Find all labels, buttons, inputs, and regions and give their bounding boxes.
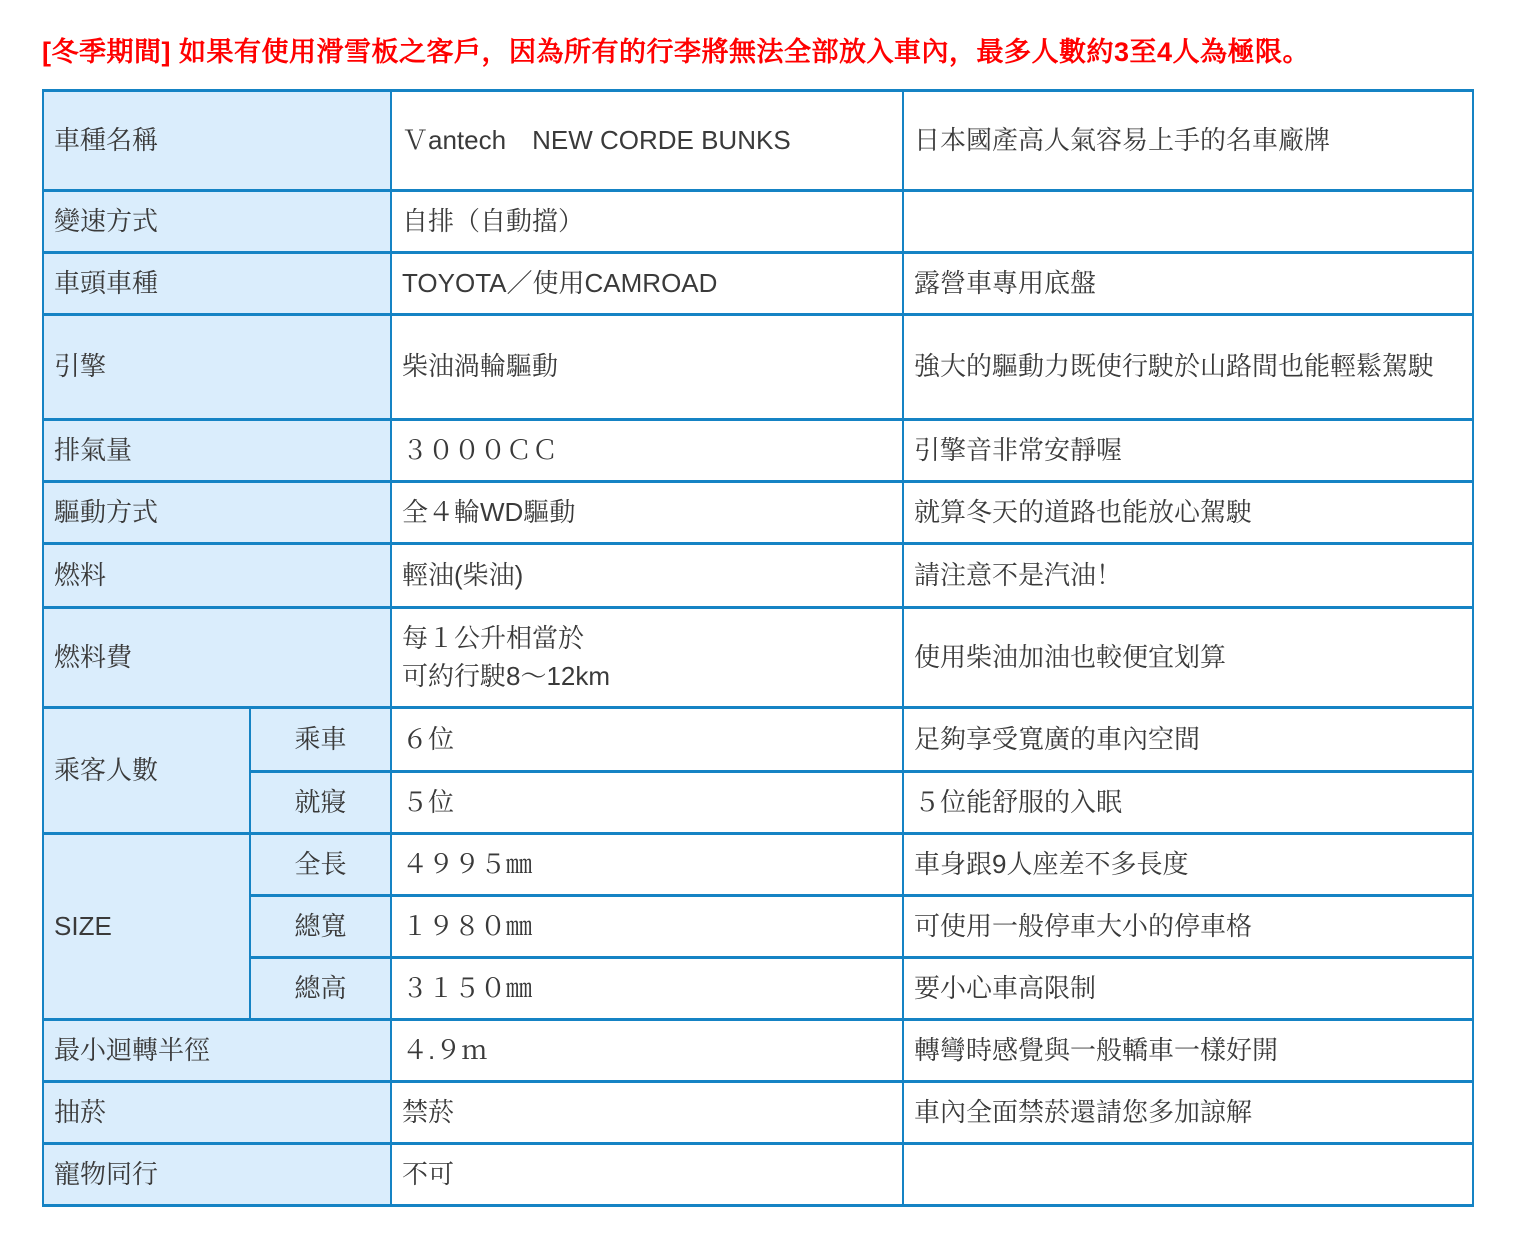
spec-sublabel: 就寢 (250, 772, 391, 834)
spec-row-size-height: 總高 ３１５０㎜ 要小心車高限制 (43, 958, 1473, 1020)
spec-desc: 就算冬天的道路也能放心駕駛 (903, 482, 1473, 544)
spec-group-label: 乘客人數 (43, 708, 250, 834)
spec-value: ５位 (391, 772, 903, 834)
spec-group-label: SIZE (43, 834, 250, 1020)
page: [冬季期間] 如果有使用滑雪板之客戶，因為所有的行李將無法全部放入車內，最多人數… (0, 0, 1514, 1238)
spec-row-chassis: 車頭車種 TOYOTA／使用CAMROAD 露營車專用底盤 (43, 253, 1473, 315)
spec-label: 引擎 (43, 315, 391, 420)
spec-desc: 使用柴油加油也較便宜划算 (903, 608, 1473, 708)
spec-desc: 引擎音非常安靜喔 (903, 420, 1473, 482)
spec-label: 驅動方式 (43, 482, 391, 544)
spec-sublabel: 全長 (250, 834, 391, 896)
spec-desc: 可使用一般停車大小的停車格 (903, 896, 1473, 958)
spec-row-smoking: 抽菸 禁菸 車內全面禁菸還請您多加諒解 (43, 1082, 1473, 1144)
spec-value: Ｖantech NEW CORDE BUNKS (391, 91, 903, 191)
spec-sublabel: 乘車 (250, 708, 391, 772)
spec-value: ４９９５㎜ (391, 834, 903, 896)
spec-desc (903, 191, 1473, 253)
spec-value: ４.９ｍ (391, 1020, 903, 1082)
spec-label: 變速方式 (43, 191, 391, 253)
spec-sublabel: 總高 (250, 958, 391, 1020)
spec-row-fuel: 燃料 輕油(柴油) 請注意不是汽油！ (43, 544, 1473, 608)
spec-desc: 足夠享受寬廣的車內空間 (903, 708, 1473, 772)
spec-desc (903, 1144, 1473, 1206)
spec-row-engine: 引擎 柴油渦輪驅動 強大的驅動力既使行駛於山路間也能輕鬆駕駛 (43, 315, 1473, 420)
spec-value: 柴油渦輪驅動 (391, 315, 903, 420)
spec-desc: 要小心車高限制 (903, 958, 1473, 1020)
spec-desc: 車身跟9人座差不多長度 (903, 834, 1473, 896)
spec-value: 不可 (391, 1144, 903, 1206)
spec-label: 車頭車種 (43, 253, 391, 315)
spec-desc: 強大的驅動力既使行駛於山路間也能輕鬆駕駛 (903, 315, 1473, 420)
spec-label: 燃料費 (43, 608, 391, 708)
spec-row-pets: 寵物同行 不可 (43, 1144, 1473, 1206)
spec-desc: 露營車專用底盤 (903, 253, 1473, 315)
spec-label: 車種名稱 (43, 91, 391, 191)
spec-row-passengers-riding: 乘客人數 乘車 ６位 足夠享受寬廣的車內空間 (43, 708, 1473, 772)
winter-notice: [冬季期間] 如果有使用滑雪板之客戶，因為所有的行李將無法全部放入車內，最多人數… (42, 30, 1472, 69)
spec-label: 燃料 (43, 544, 391, 608)
spec-row-drivetrain: 驅動方式 全４輪WD驅動 就算冬天的道路也能放心駕駛 (43, 482, 1473, 544)
spec-value: ３０００ＣＣ (391, 420, 903, 482)
spec-value: 輕油(柴油) (391, 544, 903, 608)
spec-row-displacement: 排氣量 ３０００ＣＣ 引擎音非常安靜喔 (43, 420, 1473, 482)
spec-desc: 日本國產高人氣容易上手的名車廠牌 (903, 91, 1473, 191)
spec-row-turning-radius: 最小迴轉半徑 ４.９ｍ 轉彎時感覺與一般轎車一樣好開 (43, 1020, 1473, 1082)
spec-row-size-width: 總寬 １９８０㎜ 可使用一般停車大小的停車格 (43, 896, 1473, 958)
spec-value: 自排（自動擋） (391, 191, 903, 253)
spec-desc: 請注意不是汽油！ (903, 544, 1473, 608)
spec-desc: 車內全面禁菸還請您多加諒解 (903, 1082, 1473, 1144)
spec-label: 抽菸 (43, 1082, 391, 1144)
spec-value: ３１５０㎜ (391, 958, 903, 1020)
spec-desc: ５位能舒服的入眠 (903, 772, 1473, 834)
spec-value: 禁菸 (391, 1082, 903, 1144)
spec-row-size-length: SIZE 全長 ４９９５㎜ 車身跟9人座差不多長度 (43, 834, 1473, 896)
spec-desc: 轉彎時感覺與一般轎車一樣好開 (903, 1020, 1473, 1082)
spec-row-transmission: 變速方式 自排（自動擋） (43, 191, 1473, 253)
spec-value: TOYOTA／使用CAMROAD (391, 253, 903, 315)
vehicle-spec-table: 車種名稱 Ｖantech NEW CORDE BUNKS 日本國產高人氣容易上手… (42, 89, 1474, 1207)
spec-label: 寵物同行 (43, 1144, 391, 1206)
spec-row-passengers-sleeping: 就寢 ５位 ５位能舒服的入眠 (43, 772, 1473, 834)
spec-value: １９８０㎜ (391, 896, 903, 958)
spec-label: 排氣量 (43, 420, 391, 482)
spec-sublabel: 總寬 (250, 896, 391, 958)
spec-value: ６位 (391, 708, 903, 772)
spec-value: 每１公升相當於 可約行駛8〜12km (391, 608, 903, 708)
spec-value: 全４輪WD驅動 (391, 482, 903, 544)
spec-row-model: 車種名稱 Ｖantech NEW CORDE BUNKS 日本國產高人氣容易上手… (43, 91, 1473, 191)
spec-label: 最小迴轉半徑 (43, 1020, 391, 1082)
spec-row-fuel-cost: 燃料費 每１公升相當於 可約行駛8〜12km 使用柴油加油也較便宜划算 (43, 608, 1473, 708)
